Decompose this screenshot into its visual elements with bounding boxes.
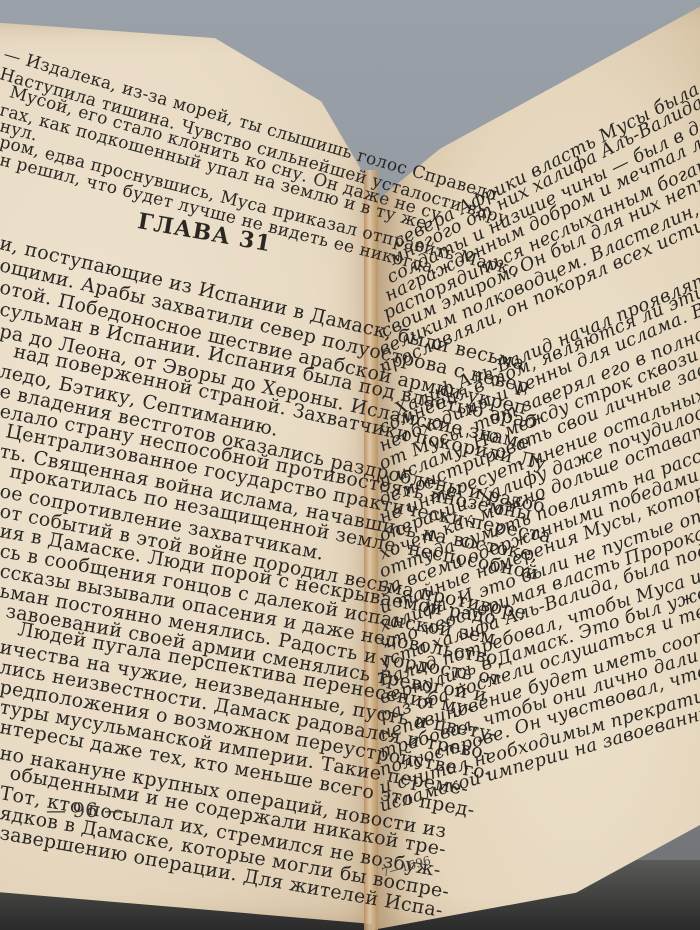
page-number: — 96 — [46, 798, 124, 822]
